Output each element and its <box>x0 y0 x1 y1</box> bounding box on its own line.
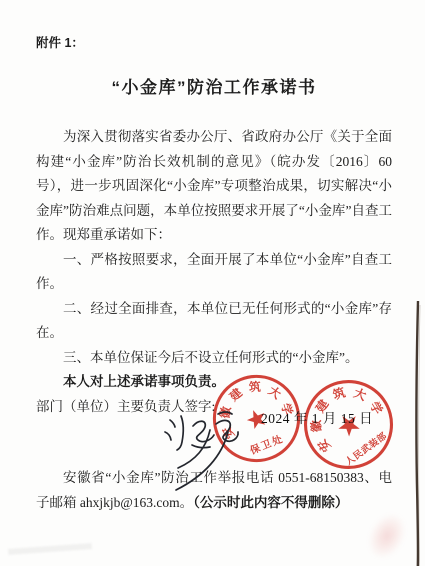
paragraph-intro: 为深入贯彻落实省委办公厅、省政府办公厅《关于全面构建“小金库”防治长效机制的意见… <box>36 125 392 248</box>
document-page: 附件 1： “小金库”防治工作承诺书 为深入贯彻落实省委办公厅、省政府办公厅《关… <box>0 0 425 566</box>
seal-arc-char: 大 <box>352 385 370 404</box>
handwritten-signature <box>148 398 253 498</box>
commitment-item-3: 三、本单位保证今后不设立任何形式的“小金库”。 <box>36 346 392 371</box>
document-title: “小金库”防治工作承诺书 <box>36 73 392 98</box>
attachment-label: 附件 1： <box>36 33 392 51</box>
seal-arc-char: 筑 <box>248 380 262 395</box>
commitment-item-1: 一、严格按照要求，全面开展了本单位“小金库”自查工作。 <box>36 248 392 297</box>
seal-arc-char: 大 <box>266 384 284 402</box>
seal-arc-char: 筑 <box>331 384 347 402</box>
commitment-item-2: 二、经过全面排查，本单位已无任何形式的“小金库”存在。 <box>36 297 392 346</box>
pink-smudge-artifact <box>361 507 414 565</box>
date-text: 2024 年 1 月 15 日 <box>261 407 373 427</box>
signature-strokes <box>165 412 238 490</box>
gray-streak-artifact <box>8 543 92 555</box>
